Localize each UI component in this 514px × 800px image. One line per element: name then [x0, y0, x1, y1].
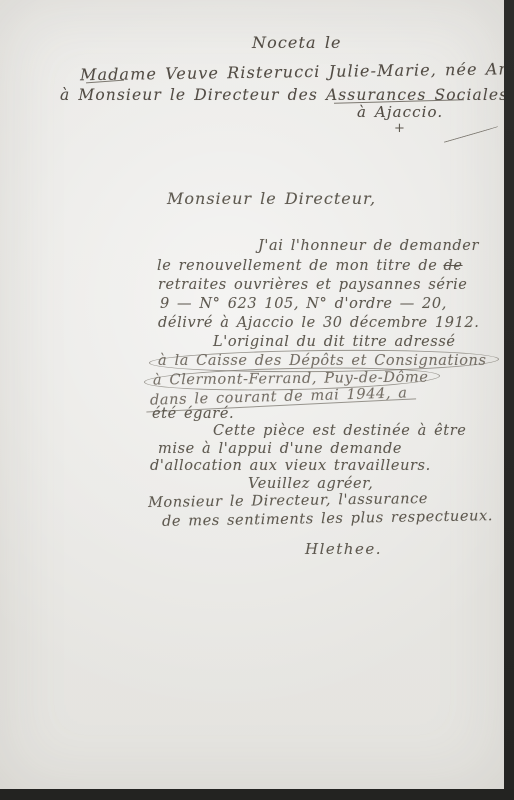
recipient-line: à Monsieur le Directeur des Assurances S… — [60, 86, 508, 104]
scan-bottom-edge — [0, 789, 514, 800]
cross-mark: + — [394, 121, 406, 136]
salutation: Monsieur le Directeur, — [167, 189, 376, 208]
place-date-line: Noceta le — [252, 33, 342, 52]
scanned-letter-page: { "colors": { "paper": "#e9e8e5", "ink":… — [0, 0, 514, 800]
body-line-circled: à la Caisse des Dépôts et Consignations — [158, 353, 487, 369]
paraph-flourish-stroke — [444, 126, 498, 142]
body-line: retraites ouvrières et paysannes série — [158, 277, 468, 293]
letter-paper: Noceta le Madame Veuve Risterucci Julie-… — [0, 0, 504, 789]
body-line: délivré à Ajaccio le 30 décembre 1912. — [158, 315, 479, 331]
closing-line: Veuillez agréer, — [248, 476, 373, 492]
body-line: L'original du dit titre adressé — [213, 334, 456, 350]
sender-line: Madame Veuve Risterucci Julie-Marie, née… — [80, 59, 514, 85]
struck-word: de — [443, 258, 462, 274]
scan-right-edge — [504, 0, 514, 800]
recipient-city: à Ajaccio. — [357, 103, 443, 121]
closing-line: de mes sentiments les plus respectueux. — [162, 508, 493, 530]
body-line-text: le renouvellement de mon titre de — [157, 258, 437, 274]
body-line: le renouvellement de mon titre dede — [157, 258, 463, 274]
body-line: d'allocation aux vieux travailleurs. — [150, 458, 431, 474]
body-line: Cette pièce est destinée à être — [213, 423, 466, 439]
body-line: J'ai l'honneur de demander — [258, 238, 479, 254]
body-line: 9 — N° 623 105, N° d'ordre — 20, — [160, 296, 447, 312]
signature: Hlethee. — [305, 540, 382, 558]
body-line: mise à l'appui d'une demande — [158, 441, 402, 457]
closing-line: Monsieur le Directeur, l'assurance — [148, 491, 428, 511]
body-line: été égaré. — [152, 406, 234, 422]
